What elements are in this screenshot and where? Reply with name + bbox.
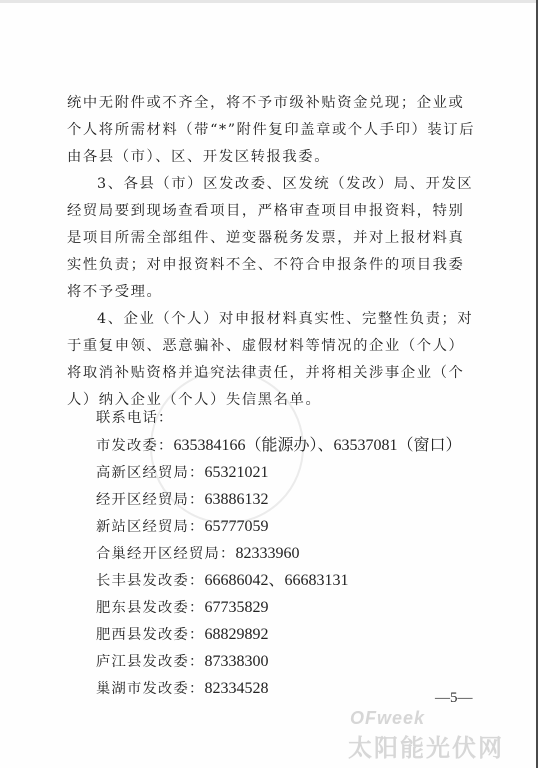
contact-org: 市发改委： <box>96 438 173 454</box>
contact-phone: 66686042、66683131 <box>204 572 348 589</box>
paragraph-item-3: 3、各县（市）区发改委、区发统（发改）局、开发区经贸局要到现场查看项目，严格审查… <box>67 171 479 306</box>
contact-org: 高新区经贸局： <box>96 465 204 481</box>
contact-org: 经开区经贸局： <box>96 492 204 508</box>
watermark-brand: OFweek <box>350 708 425 729</box>
contact-row: 经开区经贸局：63886132 <box>96 486 486 513</box>
contact-phone: 635384166（能源办）、63537081（窗口） <box>173 437 461 454</box>
contact-row: 肥西县发改委：68829892 <box>96 621 486 648</box>
document-page: 统中无附件或不齐全，将不予市级补贴资金兑现；企业或个人将所需材料（带“*”附件复… <box>0 0 538 768</box>
contact-org: 合巢经开区经贸局： <box>96 546 235 562</box>
contact-phone: 82334528 <box>204 680 268 697</box>
contact-org: 肥东县发改委： <box>96 600 204 616</box>
contact-org: 巢湖市发改委： <box>96 681 204 697</box>
contact-phone: 65777059 <box>204 518 268 535</box>
contact-row: 新站区经贸局：65777059 <box>96 513 486 540</box>
contact-phone: 67735829 <box>204 599 268 616</box>
paragraph-item-4: 4、企业（个人）对申报材料真实性、完整性负责；对于重复申领、恶意骗补、虚假材料等… <box>67 306 479 414</box>
contact-row: 高新区经贸局：65321021 <box>96 459 486 486</box>
contact-row: 长丰县发改委：66686042、66683131 <box>96 567 486 594</box>
paragraph-continuation: 统中无附件或不齐全，将不予市级补贴资金兑现；企业或个人将所需材料（带“*”附件复… <box>67 90 479 171</box>
contact-phone: 87338300 <box>204 653 268 670</box>
contact-phone: 68829892 <box>204 626 268 643</box>
watermark-site: 太阳能光伏网 <box>348 728 504 763</box>
contact-row: 庐江县发改委：87338300 <box>96 648 486 675</box>
page-number: —5— <box>435 690 473 707</box>
contact-row: 巢湖市发改委：82334528 <box>96 675 486 702</box>
contact-row: 市发改委：635384166（能源办）、63537081（窗口） <box>96 432 486 459</box>
body-text: 统中无附件或不齐全，将不予市级补贴资金兑现；企业或个人将所需材料（带“*”附件复… <box>67 90 479 414</box>
contacts-heading: 联系电话： <box>96 405 486 432</box>
contact-row: 合巢经开区经贸局：82333960 <box>96 540 486 567</box>
contact-org: 肥西县发改委： <box>96 627 204 643</box>
contact-org: 庐江县发改委： <box>96 654 204 670</box>
contact-phone: 82333960 <box>235 545 299 562</box>
contact-phone: 63886132 <box>204 491 268 508</box>
contact-org: 新站区经贸局： <box>96 519 204 535</box>
contact-phone: 65321021 <box>204 464 268 481</box>
contact-list: 联系电话： 市发改委：635384166（能源办）、63537081（窗口） 高… <box>96 405 486 702</box>
contact-row: 肥东县发改委：67735829 <box>96 594 486 621</box>
scan-edge <box>0 0 536 3</box>
contact-org: 长丰县发改委： <box>96 573 204 589</box>
